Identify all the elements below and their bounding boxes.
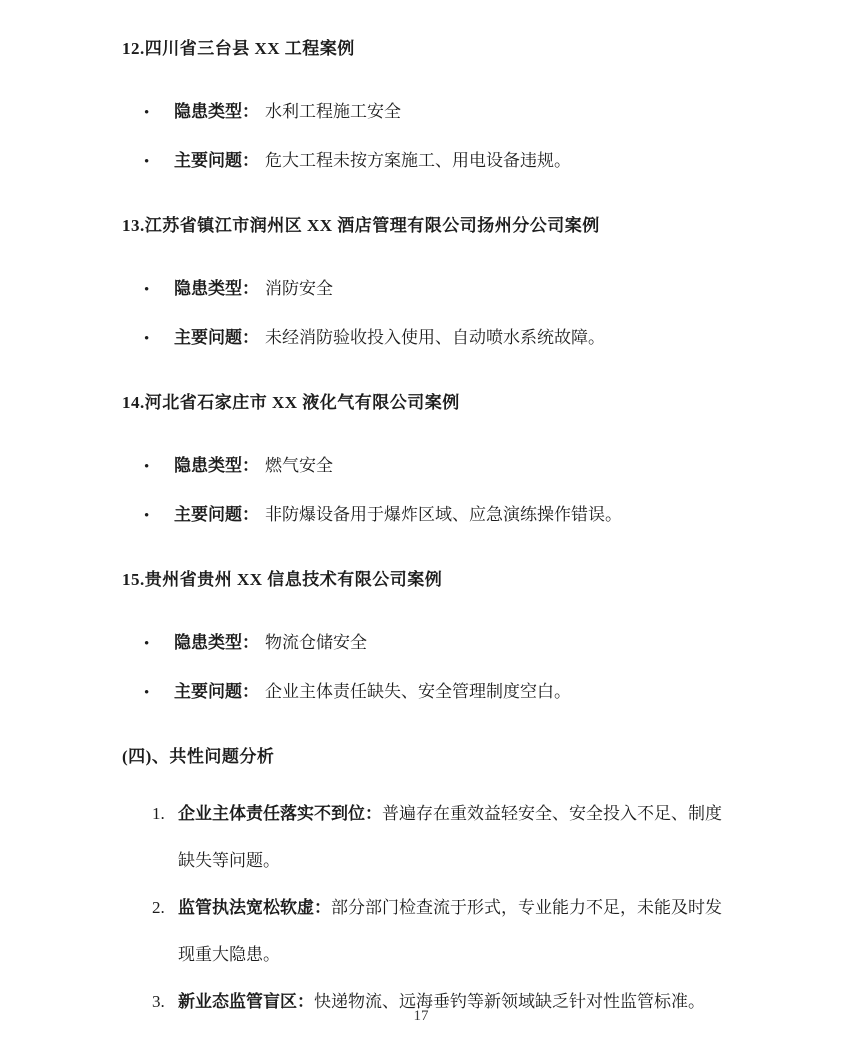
bullet-label: 隐患类型： bbox=[174, 265, 259, 312]
list-item: • 隐患类型： 消防安全 bbox=[122, 265, 722, 314]
analysis-list: 1.企业主体责任落实不到位：普遍存在重效益轻安全、安全投入不足、制度缺失等问题。… bbox=[122, 790, 722, 1025]
bullet-icon: • bbox=[144, 670, 174, 717]
bullet-icon: • bbox=[144, 444, 174, 491]
list-item: • 隐患类型： 燃气安全 bbox=[122, 442, 722, 491]
bullet-text: 水利工程施工安全 bbox=[265, 88, 401, 135]
bullet-text: 燃气安全 bbox=[265, 442, 333, 489]
analysis-section: (四)、共性问题分析 1.企业主体责任落实不到位：普遍存在重效益轻安全、安全投入… bbox=[122, 733, 722, 1025]
analysis-item: 1.企业主体责任落实不到位：普遍存在重效益轻安全、安全投入不足、制度缺失等问题。 bbox=[122, 790, 722, 884]
document-page: 12.四川省三台县 XX 工程案例 • 隐患类型： 水利工程施工安全 • 主要问… bbox=[0, 0, 842, 1054]
bullet-text: 消防安全 bbox=[265, 265, 333, 312]
list-item: • 主要问题： 危大工程未按方案施工、用电设备违规。 bbox=[122, 137, 722, 186]
item-number: 2. bbox=[152, 884, 165, 931]
case-section-14: 14.河北省石家庄市 XX 液化气有限公司案例 • 隐患类型： 燃气安全 • 主… bbox=[122, 379, 722, 540]
list-item: • 主要问题： 非防爆设备用于爆炸区域、应急演练操作错误。 bbox=[122, 491, 722, 540]
bullet-label: 隐患类型： bbox=[174, 619, 259, 666]
bullet-icon: • bbox=[144, 90, 174, 137]
item-label: 企业主体责任落实不到位： bbox=[178, 804, 382, 823]
list-item: • 隐患类型： 水利工程施工安全 bbox=[122, 88, 722, 137]
list-item: • 主要问题： 未经消防验收投入使用、自动喷水系统故障。 bbox=[122, 314, 722, 363]
case-title: 13.江苏省镇江市润州区 XX 酒店管理有限公司扬州分公司案例 bbox=[122, 202, 722, 249]
bullet-text: 未经消防验收投入使用、自动喷水系统故障。 bbox=[265, 314, 605, 361]
bullet-label: 隐患类型： bbox=[174, 88, 259, 135]
case-bullet-list: • 隐患类型： 燃气安全 • 主要问题： 非防爆设备用于爆炸区域、应急演练操作错… bbox=[122, 442, 722, 540]
case-section-13: 13.江苏省镇江市润州区 XX 酒店管理有限公司扬州分公司案例 • 隐患类型： … bbox=[122, 202, 722, 363]
bullet-icon: • bbox=[144, 267, 174, 314]
analysis-title: (四)、共性问题分析 bbox=[122, 733, 722, 780]
bullet-icon: • bbox=[144, 493, 174, 540]
list-item: • 隐患类型： 物流仓储安全 bbox=[122, 619, 722, 668]
bullet-icon: • bbox=[144, 139, 174, 186]
item-number: 1. bbox=[152, 790, 165, 837]
bullet-label: 主要问题： bbox=[174, 491, 259, 538]
analysis-item: 2.监管执法宽松软虚：部分部门检查流于形式，专业能力不足，未能及时发现重大隐患。 bbox=[122, 884, 722, 978]
bullet-label: 主要问题： bbox=[174, 137, 259, 184]
list-item: • 主要问题： 企业主体责任缺失、安全管理制度空白。 bbox=[122, 668, 722, 717]
bullet-text: 危大工程未按方案施工、用电设备违规。 bbox=[265, 137, 571, 184]
case-title: 15.贵州省贵州 XX 信息技术有限公司案例 bbox=[122, 556, 722, 603]
bullet-text: 非防爆设备用于爆炸区域、应急演练操作错误。 bbox=[265, 491, 622, 538]
case-bullet-list: • 隐患类型： 水利工程施工安全 • 主要问题： 危大工程未按方案施工、用电设备… bbox=[122, 88, 722, 186]
bullet-label: 主要问题： bbox=[174, 668, 259, 715]
case-section-15: 15.贵州省贵州 XX 信息技术有限公司案例 • 隐患类型： 物流仓储安全 • … bbox=[122, 556, 722, 717]
bullet-label: 主要问题： bbox=[174, 314, 259, 361]
bullet-text: 企业主体责任缺失、安全管理制度空白。 bbox=[265, 668, 571, 715]
bullet-icon: • bbox=[144, 621, 174, 668]
case-title: 14.河北省石家庄市 XX 液化气有限公司案例 bbox=[122, 379, 722, 426]
bullet-icon: • bbox=[144, 316, 174, 363]
item-label: 监管执法宽松软虚： bbox=[178, 898, 331, 917]
case-bullet-list: • 隐患类型： 消防安全 • 主要问题： 未经消防验收投入使用、自动喷水系统故障… bbox=[122, 265, 722, 363]
case-bullet-list: • 隐患类型： 物流仓储安全 • 主要问题： 企业主体责任缺失、安全管理制度空白… bbox=[122, 619, 722, 717]
case-section-12: 12.四川省三台县 XX 工程案例 • 隐患类型： 水利工程施工安全 • 主要问… bbox=[122, 25, 722, 186]
case-title: 12.四川省三台县 XX 工程案例 bbox=[122, 25, 722, 72]
page-number: 17 bbox=[0, 1005, 842, 1027]
bullet-label: 隐患类型： bbox=[174, 442, 259, 489]
bullet-text: 物流仓储安全 bbox=[265, 619, 367, 666]
